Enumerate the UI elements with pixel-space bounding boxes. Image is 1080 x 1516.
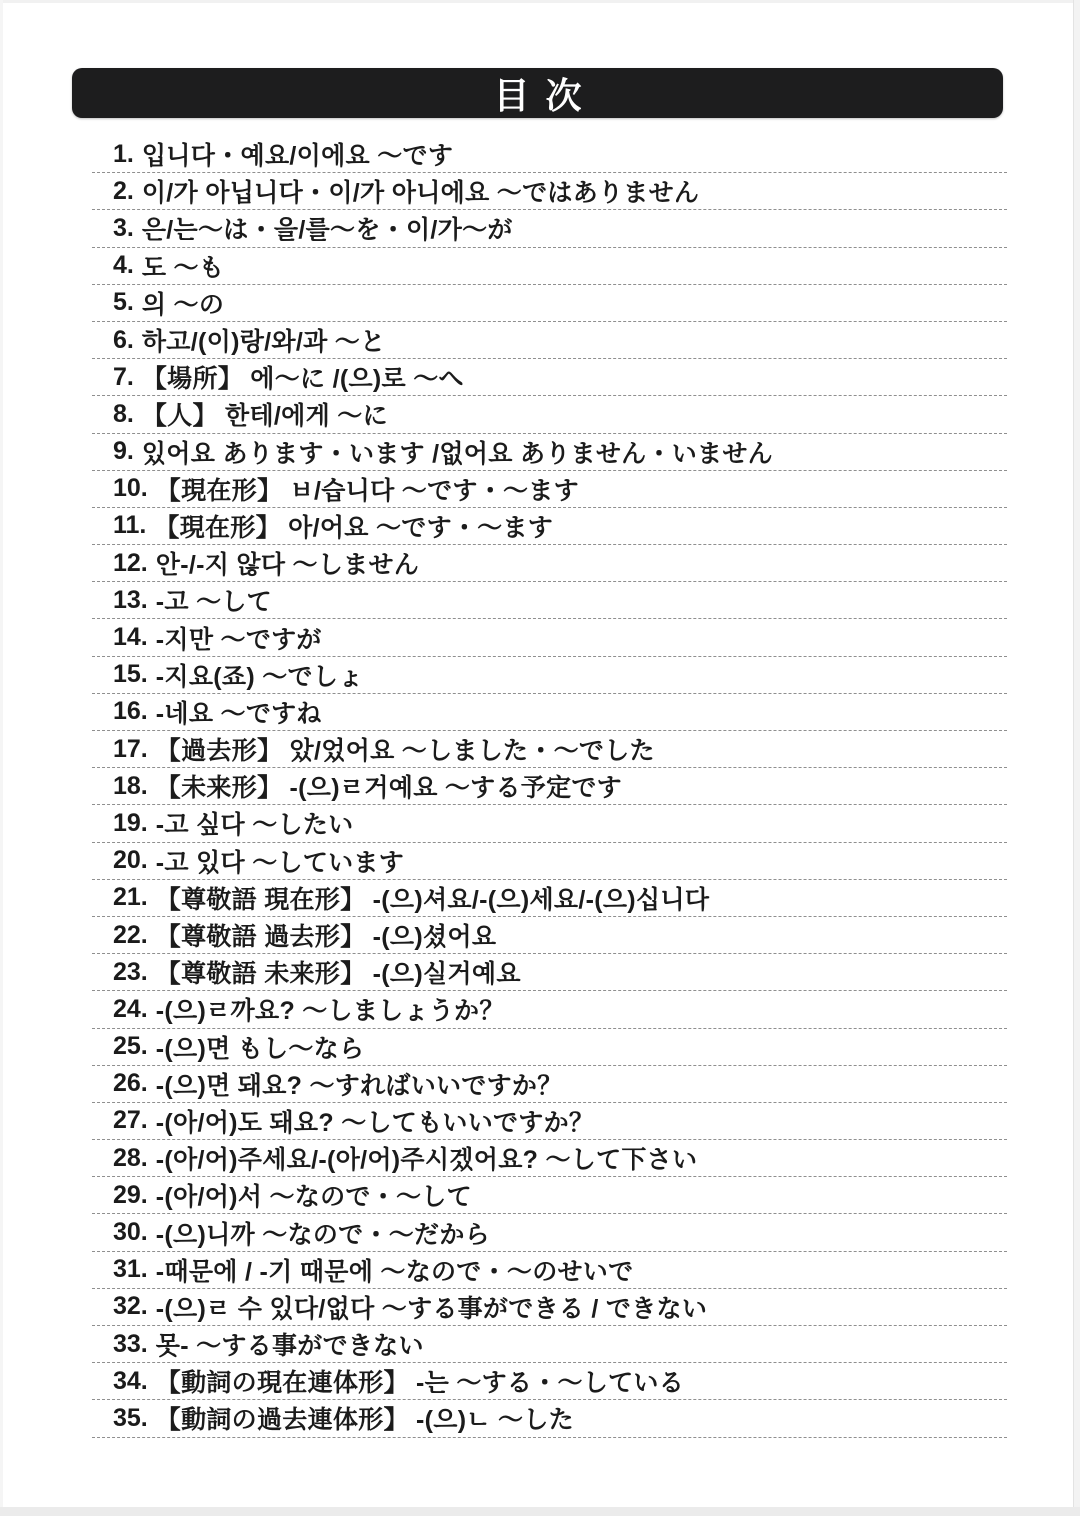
toc-item: 5. 의 ～の (92, 285, 1007, 322)
toc-item: 13. -고 ～して (92, 582, 1007, 619)
toc-item-number: 35. (113, 1404, 148, 1433)
toc-item-number: 1. (113, 140, 134, 169)
toc-item: 15. -지요(죠) ～でしょ (92, 657, 1007, 694)
toc-item-number: 32. (113, 1292, 148, 1321)
toc-item: 18. 【未来形】 -(으)ㄹ거예요 ～する予定です (92, 768, 1007, 805)
toc-item-number: 28. (113, 1144, 148, 1173)
toc-item-text: -(아/어)주세요/-(아/어)주시겠어요? ～して下さい (156, 1140, 698, 1176)
toc-item: 22. 【尊敬語 過去形】 -(으)셨어요 (92, 917, 1007, 954)
toc-item-text: -때문에 / -기 때문에 ～なので・～のせいで (156, 1252, 634, 1288)
toc-item-number: 7. (113, 363, 134, 392)
toc-item: 16. -네요 ～ですね (92, 694, 1007, 731)
toc-item-text: 【現在形】 아/어요 ～です・～ます (154, 508, 553, 544)
page-title: 目次 (477, 68, 597, 119)
toc-item-number: 18. (113, 772, 148, 801)
toc-item: 8. 【人】 한테/에게 ～に (92, 396, 1007, 433)
toc-item: 20. -고 있다 ～しています (92, 843, 1007, 880)
toc-item: 28. -(아/어)주세요/-(아/어)주시겠어요? ～して下さい (92, 1140, 1007, 1177)
toc-item-text: 【尊敬語 未来形】 -(으)실거예요 (156, 954, 521, 990)
page-edge-bottom (0, 1507, 1080, 1516)
toc-item-text: 【尊敬語 現在形】 -(으)셔요/-(으)세요/-(으)십니다 (156, 880, 710, 916)
toc-item-text: -고 ～して (156, 582, 272, 618)
toc-item: 10. 【現在形】 ㅂ/습니다 ～です・～ます (92, 471, 1007, 508)
toc-item: 27. -(아/어)도 돼요? ～してもいいですか？ (92, 1103, 1007, 1140)
toc-item-text: 입니다・예요/이에요 ～です (142, 136, 453, 172)
toc-item-text: 은/는～は・을/를～を・이/가～が (142, 210, 513, 246)
toc-item-number: 8. (113, 400, 134, 429)
toc-header-bar: 目次 (72, 68, 1003, 118)
toc-item: 29. -(아/어)서 ～なので・～して (92, 1177, 1007, 1214)
toc-item: 3. 은/는～は・을/를～を・이/가～が (92, 210, 1007, 247)
toc-item-text: 안-/-지 않다 ～しません (156, 545, 419, 581)
toc-item-text: 이/가 아닙니다・이/가 아니에요 ～ではありません (142, 173, 699, 209)
toc-item-number: 24. (113, 995, 148, 1024)
toc-item-number: 25. (113, 1032, 148, 1061)
toc-item-number: 22. (113, 921, 148, 950)
toc-item-number: 14. (113, 623, 148, 652)
toc-item: 35. 【動詞の過去連体形】 -(으)ㄴ ～した (92, 1400, 1007, 1437)
toc-item-text: 【過去形】 았/었어요 ～しました・～でした (156, 731, 655, 767)
toc-item-number: 23. (113, 958, 148, 987)
toc-list: 1. 입니다・예요/이에요 ～です 2. 이/가 아닙니다・이/가 아니에요 ～… (92, 136, 1007, 1438)
toc-item-text: 【現在形】 ㅂ/습니다 ～です・～ます (156, 471, 579, 507)
toc-item: 26. -(으)면 돼요? ～すればいいですか？ (92, 1066, 1007, 1103)
toc-item-number: 19. (113, 809, 148, 838)
toc-item-text: 도 ～も (142, 248, 224, 284)
toc-item-text: 【動詞の現在連体形】 -는 ～する・～している (156, 1363, 684, 1399)
toc-item-number: 30. (113, 1218, 148, 1247)
toc-item-text: 【未来形】 -(으)ㄹ거예요 ～する予定です (156, 768, 622, 804)
toc-item-text: -지만 ～ですが (156, 620, 322, 656)
toc-item-number: 26. (113, 1069, 148, 1098)
toc-item: 1. 입니다・예요/이에요 ～です (92, 136, 1007, 173)
toc-item-text: -(으)면 もし～なら (156, 1029, 365, 1065)
toc-item: 9. 있어요 あります・います /없어요 ありません・いません (92, 434, 1007, 471)
toc-item-number: 17. (113, 735, 148, 764)
toc-item: 6. 하고/(이)랑/와/과 ～と (92, 322, 1007, 359)
toc-item-text: -네요 ～ですね (156, 694, 322, 730)
toc-item-number: 2. (113, 177, 134, 206)
toc-item-text: -지요(죠) ～でしょ (156, 657, 364, 693)
toc-item-number: 34. (113, 1367, 148, 1396)
toc-item: 33. 못- ～する事ができない (92, 1326, 1007, 1363)
page-edge-top (0, 0, 1080, 3)
toc-item: 31. -때문에 / -기 때문에 ～なので・～のせいで (92, 1252, 1007, 1289)
toc-item-text: -고 싶다 ～したい (156, 805, 354, 841)
toc-item-text: 하고/(이)랑/와/과 ～と (142, 322, 386, 358)
toc-item-text: -(으)니까 ～なので・～だから (156, 1215, 490, 1251)
toc-item-number: 9. (113, 437, 134, 466)
toc-item-number: 21. (113, 883, 148, 912)
toc-item-number: 6. (113, 326, 134, 355)
toc-item-text: 【場所】 에～に /(으)로 ～へ (142, 359, 464, 395)
toc-item-number: 16. (113, 697, 148, 726)
toc-item-number: 31. (113, 1255, 148, 1284)
toc-item-number: 27. (113, 1106, 148, 1135)
toc-item: 7. 【場所】 에～に /(으)로 ～へ (92, 359, 1007, 396)
page-edge-right (1073, 0, 1080, 1516)
toc-item: 17. 【過去形】 았/었어요 ～しました・～でした (92, 731, 1007, 768)
toc-item-number: 11. (113, 511, 146, 540)
toc-item: 34. 【動詞の現在連体形】 -는 ～する・～している (92, 1363, 1007, 1400)
toc-item-number: 13. (113, 586, 148, 615)
toc-item-number: 15. (113, 660, 148, 689)
page-edge-left (0, 0, 3, 1516)
toc-item: 14. -지만 ～ですが (92, 619, 1007, 656)
toc-item-text: -(으)ㄹ 수 있다/없다 ～する事ができる / できない (156, 1289, 707, 1325)
toc-item-number: 33. (113, 1330, 148, 1359)
toc-item: 12. 안-/-지 않다 ～しません (92, 545, 1007, 582)
toc-item-number: 12. (113, 549, 148, 578)
toc-item-text: 【動詞の過去連体形】 -(으)ㄴ ～した (156, 1400, 574, 1436)
toc-item-number: 20. (113, 846, 148, 875)
toc-item-number: 4. (113, 251, 134, 280)
toc-item: 23. 【尊敬語 未来形】 -(으)실거예요 (92, 954, 1007, 991)
toc-item: 32. -(으)ㄹ 수 있다/없다 ～する事ができる / できない (92, 1289, 1007, 1326)
toc-item: 19. -고 싶다 ～したい (92, 805, 1007, 842)
toc-item-number: 3. (113, 214, 134, 243)
toc-item-text: -(아/어)서 ～なので・～して (156, 1177, 472, 1213)
toc-item-number: 10. (113, 474, 148, 503)
toc-item-text: -(아/어)도 돼요? ～してもいいですか？ (156, 1103, 594, 1139)
toc-item: 21. 【尊敬語 現在形】 -(으)셔요/-(으)세요/-(으)십니다 (92, 880, 1007, 917)
toc-item: 11. 【現在形】 아/어요 ～です・～ます (92, 508, 1007, 545)
toc-item-text: 못- ～する事ができない (156, 1326, 424, 1362)
toc-item: 2. 이/가 아닙니다・이/가 아니에요 ～ではありません (92, 173, 1007, 210)
toc-item-text: 의 ～の (142, 285, 224, 321)
toc-item-text: -고 있다 ～しています (156, 843, 404, 879)
toc-item: 24. -(으)ㄹ까요? ～しましょうか？ (92, 991, 1007, 1028)
toc-item-number: 5. (113, 288, 134, 317)
toc-item-text: 있어요 あります・います /없어요 ありません・いません (142, 434, 773, 470)
toc-item: 4. 도 ～も (92, 248, 1007, 285)
toc-item-text: -(으)ㄹ까요? ～しましょうか？ (156, 991, 505, 1027)
toc-item: 25. -(으)면 もし～なら (92, 1029, 1007, 1066)
toc-item-number: 29. (113, 1181, 148, 1210)
toc-item-text: 【人】 한테/에게 ～に (142, 396, 388, 432)
toc-item-text: 【尊敬語 過去形】 -(으)셨어요 (156, 917, 497, 953)
toc-item: 30. -(으)니까 ～なので・～だから (92, 1214, 1007, 1251)
toc-item-text: -(으)면 돼요? ～すればいいですか？ (156, 1066, 563, 1102)
